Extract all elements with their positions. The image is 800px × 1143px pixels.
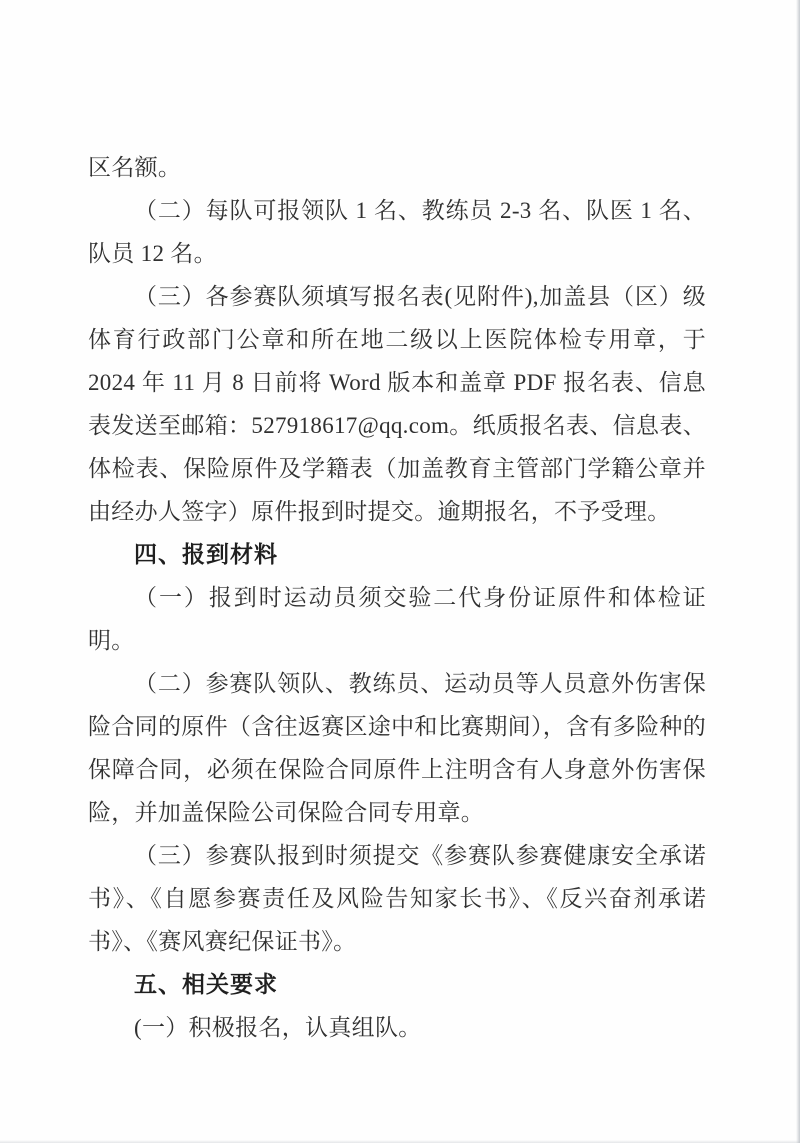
- document-body: 区名额。 （二）每队可报领队 1 名、教练员 2-3 名、队医 1 名、队员 1…: [88, 146, 706, 1049]
- section-heading-related-requirements: 五、相关要求: [88, 963, 706, 1006]
- paragraph-active-signup: (一）积极报名，认真组队。: [88, 1006, 706, 1049]
- section-heading-checkin-materials: 四、报到材料: [88, 533, 706, 576]
- paragraph-insurance: （二）参赛队领队、教练员、运动员等人员意外伤害保险合同的原件（含往返赛区途中和比…: [88, 662, 706, 834]
- paragraph-registration-form: （三）各参赛队须填写报名表(见附件),加盖县（区）级体育行政部门公章和所在地二级…: [88, 275, 706, 533]
- scanned-page: 区名额。 （二）每队可报领队 1 名、教练员 2-3 名、队医 1 名、队员 1…: [0, 0, 800, 1143]
- paragraph-commitment-letters: （三）参赛队报到时须提交《参赛队参赛健康安全承诺书》、《自愿参赛责任及风险告知家…: [88, 834, 706, 963]
- scan-edge-right: [796, 0, 800, 1143]
- paragraph-continuation: 区名额。: [88, 146, 706, 189]
- paragraph-id-check: （一）报到时运动员须交验二代身份证原件和体检证明。: [88, 576, 706, 662]
- paragraph-team-quota: （二）每队可报领队 1 名、教练员 2-3 名、队医 1 名、队员 12 名。: [88, 189, 706, 275]
